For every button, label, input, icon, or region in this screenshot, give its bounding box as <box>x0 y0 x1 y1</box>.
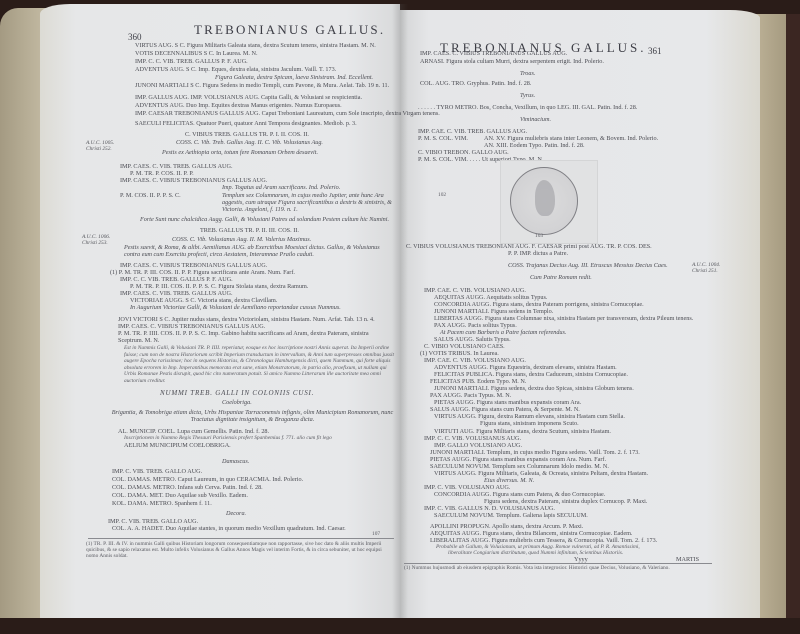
colony-name: Coelobriga. <box>222 399 252 406</box>
text-line: VIRTUS AUGG. Figura Militaris, Galeata, … <box>434 470 648 477</box>
footnote: (1) TR. P. III. & IV. in nummis Galli qu… <box>86 541 392 559</box>
text-line: COL. AUG. TRO. Gryphus. Patin. Ind. f. 2… <box>420 80 531 87</box>
text-line: IMP. GALLO VOLUSIANO AUG. <box>434 442 522 449</box>
historical-note: Pestis ex Aethiopia orta, totum fere Rom… <box>162 149 318 156</box>
text-line: IMP. CAES. C. VIBIUS TREBONIANUS GALLUS … <box>118 323 265 330</box>
text-line: IMP. C. VIB. VOLUSIANO AUG. <box>424 484 510 491</box>
text-line: Imp. Togatus ad Aram sacrificans. Ind. P… <box>222 184 340 191</box>
text-line: SAECULUM NOVUM. Templum. Galiena lapis S… <box>434 512 588 519</box>
margin-note-year: Christi 253. <box>82 240 108 246</box>
city-name: Viminacium. <box>520 116 551 123</box>
text-line: AEQUITAS AUGG. Figura stans, dextra Bila… <box>430 530 632 537</box>
text-line: IMP. CAESAR TREBONIANUS GALLUS AUG. Capu… <box>135 110 440 117</box>
text-line: AEQUITAS AUGG. Aequitatis solitus Typus. <box>434 294 547 301</box>
text-line: SAECULUM NOVUM. Templum sex Columnarum I… <box>430 463 609 470</box>
commentary: Est in Nummis Galli, & Volusiani TR. P. … <box>124 345 394 385</box>
text-line: SALUS AUGG. Figura stans cum Patera, & S… <box>430 406 580 413</box>
section-heading: P. P. IMP. dictus a Patre. <box>508 250 568 257</box>
text-line: PAX AUGG. Pacis Typus. M. N. <box>430 392 511 399</box>
text-line: VIRTUTI AUG. Figura Militaris stans, dex… <box>434 428 611 435</box>
city-name: Troas. <box>520 70 535 77</box>
text-line: C. VIBIO VOLUSIANO CAES. <box>424 343 505 350</box>
text-line: IMP. CAES. C. VIBIUS TREBONIANUS GALLUS … <box>420 50 567 57</box>
text-line: IMP. CAES. C. VIBIUS TREBONIANUS GALLUS … <box>120 262 267 269</box>
section-heading: C. VIBIUS VOLUSIANUS TREBONIANI AUG. F. … <box>406 243 652 250</box>
text-line: P. M. S. COL. VIM. <box>418 135 468 142</box>
text-line: PIETAS AUGG. Figura stans manibus expans… <box>434 399 581 406</box>
coin-portrait-icon <box>535 180 555 216</box>
text-line: Templum sex Columnarum, in cujus medio J… <box>222 192 392 213</box>
text-line: AN. XIII. Eodem Typo. Patin. Ind. f. 28. <box>484 142 585 149</box>
text-line: VICTORIAE AUGG. S C. Victoria stans, dex… <box>130 297 277 304</box>
margin-note-year: Christi 251. <box>692 268 718 274</box>
text-line: AN. XV. Figura muliebris stans inter Leo… <box>484 135 658 142</box>
text-line: liberalitate Congiarium distributum, quo… <box>448 550 623 557</box>
section-heading: C. VIBIUS TREB. GALLUS TR. P. I. II. COS… <box>185 131 309 138</box>
text-line: IMP. C. C. VIB. TREB. GALLUS P. F. AUG. <box>120 276 233 283</box>
book-gutter <box>392 4 408 624</box>
city-name: Tyrus. <box>520 92 535 99</box>
section-heading-colonies: NUMMI TREB. GALLI IN COLONIIS CUSI. <box>160 390 314 397</box>
consuls-line: COSS. Trajanus Decius Aug. III. Etruscus… <box>508 262 668 269</box>
text-line: IMP. CAES. C. VIB. TREB. GALLUS AUG. <box>120 290 233 297</box>
text-line: JUNONI MARTIALI. Figura sedens in Templo… <box>434 308 553 315</box>
text-line: IMP. CAES. C. VIB. TREB. GALLUS AUG. <box>120 163 233 170</box>
table-surface <box>0 618 800 634</box>
colony-name: Decora. <box>226 510 246 517</box>
text-line: . . . . . . TYRO METRO. Bos, Concha, Vex… <box>418 104 637 111</box>
coin-caption: 103 <box>535 233 543 240</box>
text-line: SALUS AUGG. Salutis Typus. <box>434 336 511 343</box>
text-line: IMP. C. VIB. GALLUS N. D. VOLUSIANUS AUG… <box>424 505 555 512</box>
catchword: 107 <box>372 531 380 538</box>
page-number-right: 361 <box>648 46 662 56</box>
colony-name: Damascus. <box>222 458 249 465</box>
text-line: PIETAS AUGG. Figura stans manibus expans… <box>430 456 606 463</box>
book-cover-right <box>786 14 800 634</box>
footnote: (1) Nummus hujusmodi ab eiusdem epigraph… <box>404 565 712 571</box>
text-line: LIBERALITAS AUGG. Figura muliebris cum T… <box>430 537 657 544</box>
text-line: Figura sedens, dextra Pateram, sinistra … <box>484 498 647 505</box>
text-line: VOTIS DECENNALIBUS S C. In Laurea. M. N. <box>135 50 258 57</box>
text-line: IMP. C. VIB. TREB. GALLO AUG. <box>112 468 202 475</box>
text-line: IMP. CAE. C. VIB. VOLUSIANO AUG. <box>424 287 526 294</box>
consuls-line: COSS. C. Vib. Volusianus Aug. II. M. Val… <box>172 236 311 243</box>
text-line: Forte Sunt nunc chalcidica Augg. Galli, … <box>140 216 389 223</box>
text-line: KOL. DAMA. METRO. Spanhem f. 11. <box>112 500 212 507</box>
text-line: APOLLINI PROPUGN. Apollo stans, dextra A… <box>430 523 583 530</box>
text-line: IMP. C. C. VIB. TREB. GALLUS P. F. AUG. <box>135 58 248 65</box>
text-line: IMP. C. C. VIB. VOLUSIANUS AUG. <box>424 435 521 442</box>
text-line: FELICITAS PUB. Eodem Typo. M. N. <box>430 378 526 385</box>
margin-note-year: Christi 252. <box>86 146 112 152</box>
text-line: IMP. CAE. C. VIB. TREB. GALLUS AUG. <box>418 128 527 135</box>
text-line: (1) VOTIS TRIBUS. In Laurea. <box>420 350 499 357</box>
text-line: P. M. TR. P. COS. II. P. P. <box>130 170 194 177</box>
footnote-rule <box>404 563 712 564</box>
text-line: P. M. COS. II. P. P. S. C. <box>120 192 181 199</box>
text-line: IMP. GALLUS AUG. IMP. VOLUSIANUS AUG. Ca… <box>135 94 362 101</box>
coin-illustration <box>510 167 578 235</box>
text-line: VIRTUS AUGG. Figura, dextra Ramum elevan… <box>434 413 625 420</box>
text-line: P. M. TR. P. III. COS. II. P. P. S. C. F… <box>130 283 308 290</box>
text-line: JUNONI MARTIALI. Templum, in cujus medio… <box>430 449 640 456</box>
text-line: COL. DAMAS. METRO. Caput Laureum, in quo… <box>112 476 303 483</box>
text-line: VIRTUS AUG. S C. Figura Militaris Galeat… <box>135 42 376 49</box>
text-line: ADVENTUS AUGG. Figura Equestris, dextram… <box>434 364 617 371</box>
text-line: CONCORDIA AUGG. Figura stans cum Patera,… <box>434 491 605 498</box>
text-line: JUNONI MARTIALI S C. Figura Sedens in me… <box>135 82 389 89</box>
text-line: Eius diversus. M. N. <box>484 477 534 484</box>
text-line: CONCORDIA AUGG. Figura stans, dextra Pat… <box>434 301 644 308</box>
text-line: (1) P. M. TR. P. III. COS. II. P. P. Fig… <box>110 269 295 276</box>
text-line: In Augurium Victoriae Galli, & Volusiani… <box>130 304 341 311</box>
text-line: IMP. C. VIB. TREB. GALLO AUG. <box>108 518 198 525</box>
signature-mark: Yyyy <box>574 556 588 563</box>
text-line: LIBERTAS AUGG. Figura stans Columnae nix… <box>434 315 693 322</box>
text-line: IMP. CAES. C. VIBIUS TREBONIANUS GALLUS … <box>120 177 267 184</box>
footnote-rule <box>88 538 394 539</box>
text-line: FELICITAS PUBLICA. Figura stans, dextra … <box>434 371 628 378</box>
plate-number: 102 <box>438 192 446 199</box>
text-line: COL. A. A. HADET. Duo Aquilae stantes, i… <box>112 525 346 532</box>
text-line: ADVENTUS AUG. S C. Imp. Eques, dextra el… <box>135 66 336 73</box>
text-line: P. M. TR. P. IIII. COS. II. P. P. S. C. … <box>118 330 393 344</box>
running-head-left: TREBONIANUS GALLUS. <box>194 22 385 38</box>
text-line: Figura stans, sinistram imponens Scuto. <box>480 420 579 427</box>
text-line: AL. MUNICIP. COEL. Lupa cum Gemellis. Pa… <box>118 428 269 435</box>
text-line: JOVI VICTORI S C. Jupiter nudus stans, d… <box>118 316 375 323</box>
section-heading: TREB. GALLUS TR. P. II. III. COS. II. <box>200 227 299 234</box>
text-line: Inscriptionem in Nummo Regis Thesauri Pa… <box>124 435 332 442</box>
text-line: ARNASI. Figura stola cultam Murri, dextr… <box>420 58 604 65</box>
text-line: IMP. CAE. C. VIB. VOLUSIANO AUG. <box>424 357 526 364</box>
historical-note: Pestis saevit, & Roma, & alibi. Aemilian… <box>124 244 394 258</box>
text-line: SAECULI FELICITAS. Quatuor Pueri, quatuo… <box>135 120 357 127</box>
text-line: PAX AUGG. Pacis solitus Typus. <box>434 322 517 329</box>
open-book: 360 TREBONIANUS GALLUS. VIRTUS AUG. S C.… <box>0 0 800 634</box>
page-number-left: 360 <box>128 32 142 42</box>
text-line: AELIUM MUNICIPIUM COELOBRIGA. <box>124 442 231 449</box>
text-line: COL. DAMA. MET. Duo Aquilae sub Vexillo.… <box>112 492 248 499</box>
text-line: At Pacem cum Barbaris a Patre factam ref… <box>440 329 566 336</box>
historical-note: Cum Patre Romam redit. <box>530 274 592 281</box>
catchword: MARTIS <box>676 556 699 563</box>
text-line: COL. DAMAS. METRO. Infans sub Cerva. Pat… <box>112 484 263 491</box>
text-line: C. VIBIO TREBON. GALLO AUG. <box>418 149 509 156</box>
colony-description: Brigantia, & Tomobriga etiam dicta, Urbs… <box>110 409 395 423</box>
consuls-line: COSS. C. Vib. Treb. Gallus Aug. II. C. V… <box>176 139 323 146</box>
text-line: Figura Galeata, dextra Spicam, laeva Sin… <box>215 74 373 81</box>
text-line: JUNONI MARTIALI. Figura sedens, dextra d… <box>434 385 634 392</box>
text-line: ADVENTUS AUG. Duo Imp. Equites dextras M… <box>135 102 342 109</box>
